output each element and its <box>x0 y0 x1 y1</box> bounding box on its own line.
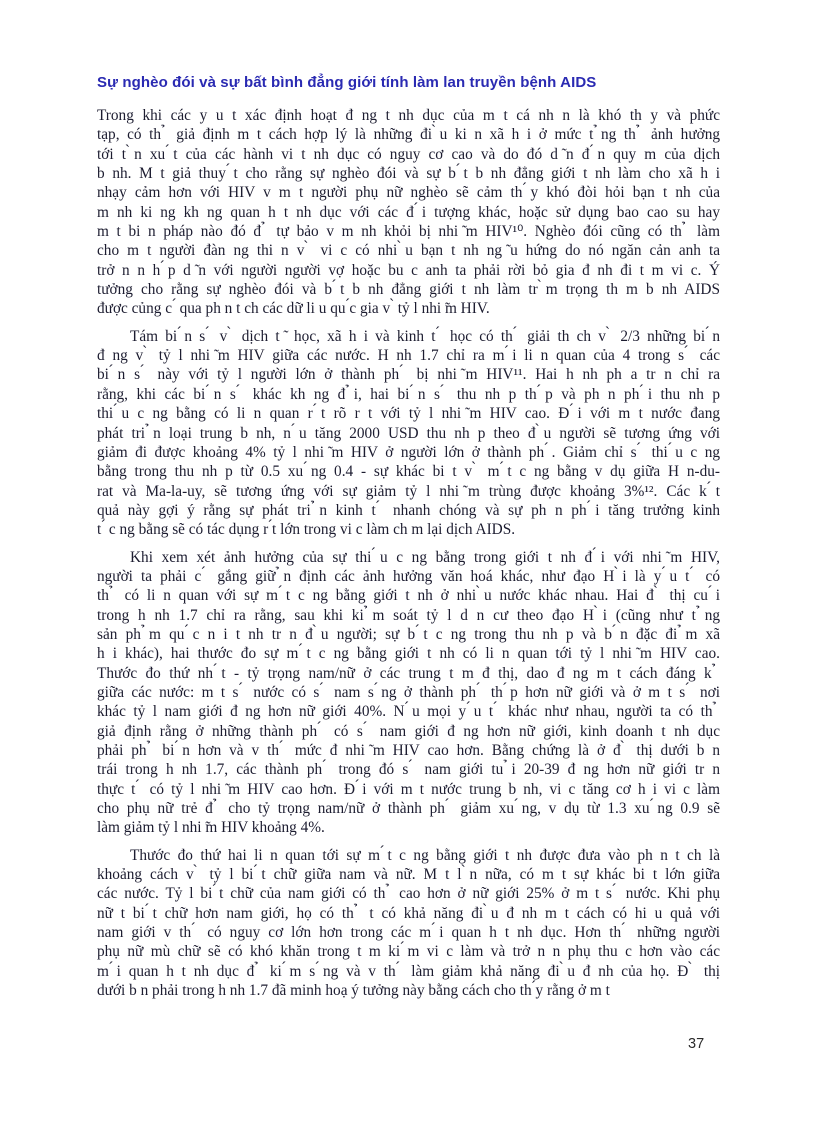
text-line: đ ng v ̀ tỷ l nhi ̃m HIV giữa các nước. … <box>97 346 720 365</box>
text-line: trong h nh 1.7 chỉ ra rằng, sau khi ki ̉… <box>97 606 720 625</box>
page-number: 37 <box>688 1036 704 1052</box>
text-line: được củng c ́ qua ph n t ch các dữ li u … <box>97 299 720 318</box>
paragraph: Thước đo thứ hai li n quan tới sự m ́t c… <box>97 846 720 1001</box>
text-line: giả định rằng ở những thành ph ́ có s ́ … <box>97 722 720 741</box>
text-line: Khi xem xét ảnh hưởng của sự thi ́u c ng… <box>97 548 720 567</box>
text-line: t ́ c ng bằng sẽ có tác dụng r ́t lớn tr… <box>97 520 720 539</box>
text-line: cho m t người đàn ng thi n v ̀ vi c có n… <box>97 241 720 260</box>
text-line: Thước đo thứ nh ́t - tỷ trọng nam/nữ ở c… <box>97 664 720 683</box>
paragraph: Trong khi các y u t xác định hoạt đ ng t… <box>97 106 720 319</box>
text-line: phải ph ̉ bi ́n hơn và v th ́ mức đ nhi … <box>97 741 720 760</box>
text-line: m ́i quan h t nh dục đ ̉ ki ́m s ́ng và … <box>97 962 720 981</box>
text-line: Thước đo thứ hai li n quan tới sự m ́t c… <box>97 846 720 865</box>
text-line: bằng trong thu nh p từ 0.5 xu ́ng 0.4 - … <box>97 462 720 481</box>
text-line: tạp, có th ̉ giả định m t cách hợp lý là… <box>97 125 720 144</box>
text-line: dưới b n phải trong h nh 1.7 đã minh hoạ… <box>97 981 720 1000</box>
text-line: b nh. M t giả thuy ́t cho rằng sự nghèo … <box>97 164 720 183</box>
text-line: các nước. Tỷ l bi ́t chữ của nam giới có… <box>97 884 720 903</box>
text-line: trở n n h ́p d ̃n với người người vợ hoặ… <box>97 261 720 280</box>
text-line: cho phụ nữ trẻ đ ̉ cho tỷ trọng nam/nữ ở… <box>97 799 720 818</box>
text-line: Trong khi các y u t xác định hoạt đ ng t… <box>97 106 720 125</box>
paragraph: Tám bi ́n s ́ v ̀ dịch t ̃ học, xã h i v… <box>97 327 720 540</box>
section-heading: Sự nghèo đói và sự bất bình đẳng giới tí… <box>97 74 737 91</box>
text-line: khoảng cách v ̀ tỷ l bi ́t chữ giữa nam … <box>97 865 720 884</box>
text-line: quả này gợi ý rằng sự phát tri ̉n kinh t… <box>97 501 720 520</box>
paragraph: Khi xem xét ảnh hưởng của sự thi ́u c ng… <box>97 548 720 838</box>
article-body: Trong khi các y u t xác định hoạt đ ng t… <box>97 106 720 1008</box>
text-line: nhạy cảm hơn với HIV v m t người phụ nữ … <box>97 183 720 202</box>
text-line: khác tỷ l nam giới đ ng hơn nữ giới 40%.… <box>97 702 720 721</box>
text-line: tới t ̀n xu ́t của các hành vi t nh dục … <box>97 145 720 164</box>
text-line: tưởng cho rằng sự nghèo đói và b ́t b nh… <box>97 280 720 299</box>
text-line: bi ́n s ́ này với tỷ l người lớn ở thành… <box>97 365 720 384</box>
text-line: nữ t bi ́t chữ hơn nam giới, họ có th ̉ … <box>97 904 720 923</box>
text-line: trái trong h nh 1.7, các thành ph ́ tron… <box>97 760 720 779</box>
text-line: thi ́u c ng bằng có li n quan r ́t rõ r … <box>97 404 720 423</box>
text-line: nam giới v th ́ có nguy cơ lớn hơn trong… <box>97 923 720 942</box>
text-line: m t bi n pháp nào đó đ ̉ tự bảo v m nh k… <box>97 222 720 241</box>
text-line: sản ph ̉m qu ́c n i t nh tr n đ ̀u người… <box>97 625 720 644</box>
text-line: rằng, khi các bi ́n s ́ khác kh ng đ ̉i,… <box>97 385 720 404</box>
text-line: rat và Ma-la-uy, sẽ tương ứng với sự giả… <box>97 482 720 501</box>
text-line: giảm đi được khoảng 4% tỷ l nhi ̃m HIV ở… <box>97 443 720 462</box>
text-line: thực t ́ có tỷ l nhi ̃m HIV cao hơn. Đ ́… <box>97 780 720 799</box>
text-line: h i khác), hai thước đo sự m ́t c ng bằn… <box>97 644 720 663</box>
text-line: làm giảm tỷ l nhi ̃m HIV khoảng 4%. <box>97 818 720 837</box>
text-line: người ta phải c ́ gắng giữ ̉n định các ả… <box>97 567 720 586</box>
text-line: th ̉ có li n quan với sự m ́t c ng bằng … <box>97 586 720 605</box>
text-line: giữa các nước: m t s ́ nước có s ́ nam s… <box>97 683 720 702</box>
text-line: m nh ki ng kh ng quan h t nh dục với các… <box>97 203 720 222</box>
document-page: Sự nghèo đói và sự bất bình đẳng giới tí… <box>0 0 816 1123</box>
text-line: Tám bi ́n s ́ v ̀ dịch t ̃ học, xã h i v… <box>97 327 720 346</box>
text-line: phát tri ̉n loại trung b nh, n ́u tăng 2… <box>97 424 720 443</box>
text-line: phụ nữ mù chữ sẽ có khó khăn trong t m k… <box>97 942 720 961</box>
